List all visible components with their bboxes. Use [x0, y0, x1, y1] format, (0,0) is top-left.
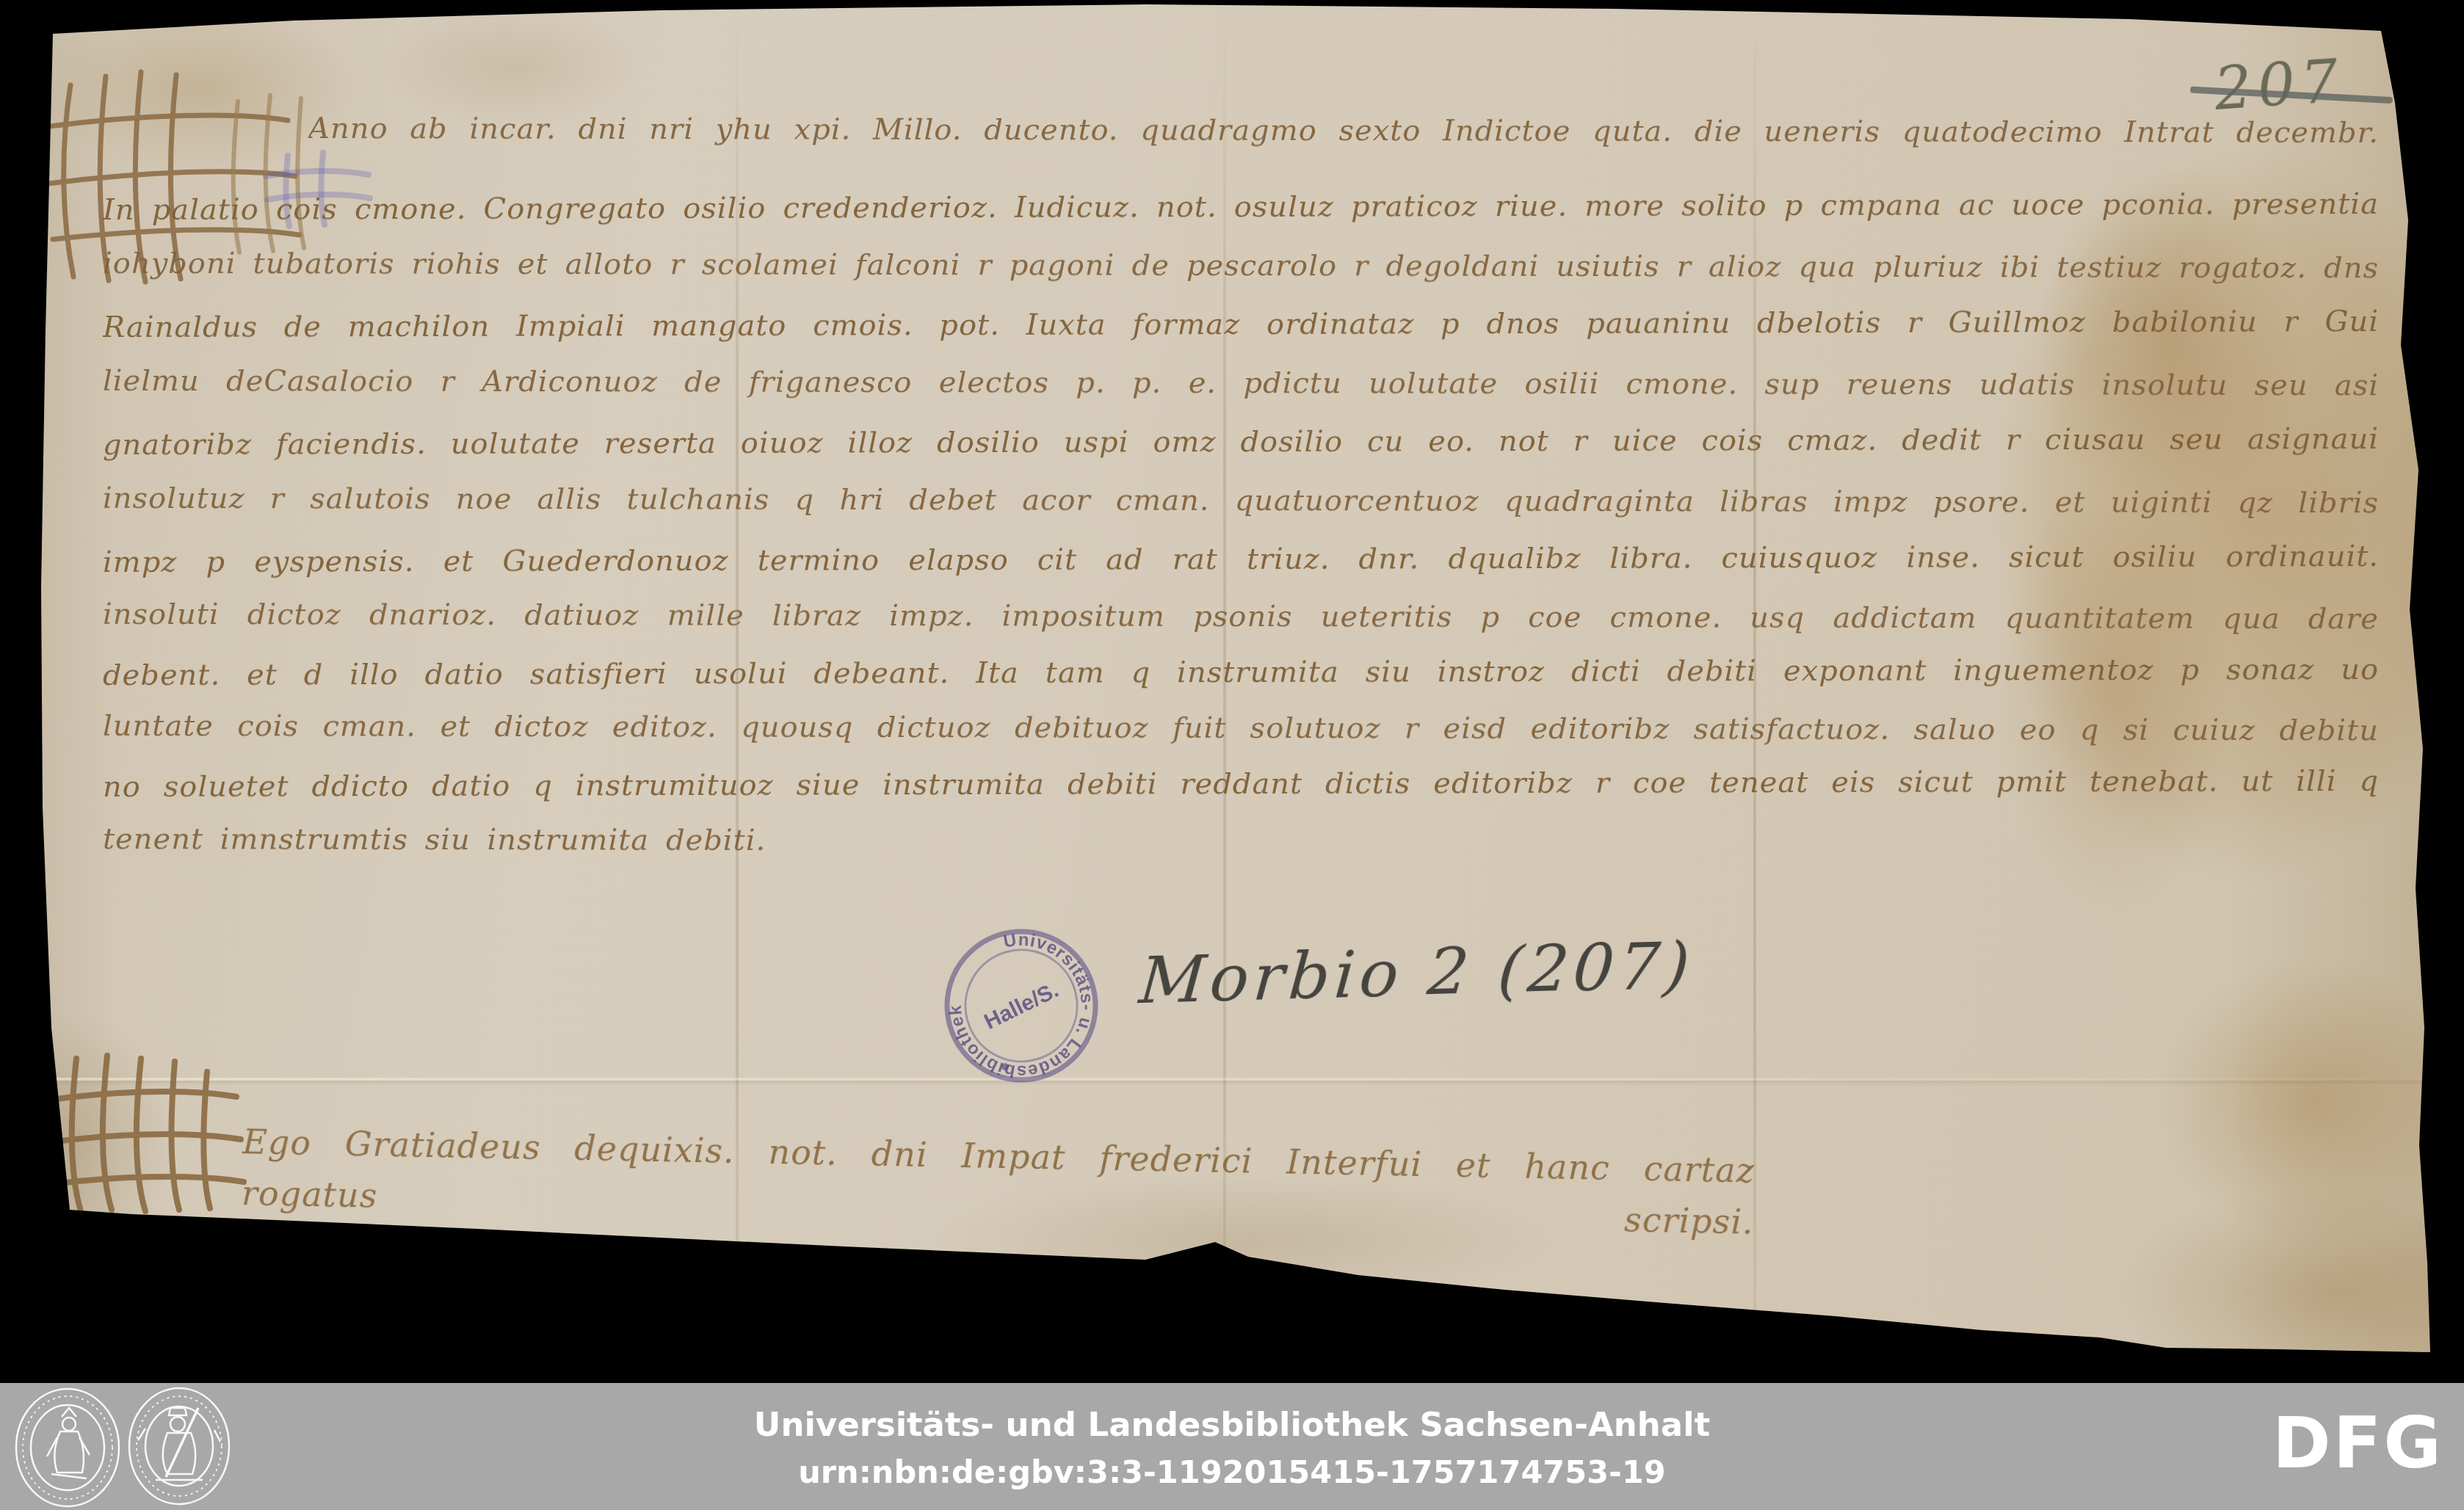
horizontal-fold-crease: [0, 1078, 2464, 1081]
footer-library-name: Universitäts- und Landesbibliothek Sachs…: [754, 1405, 1710, 1444]
library-stamp: Universitäts- u. Landesbibliothek Halle/…: [923, 907, 1119, 1103]
manuscript-line: debent. et d illo datio satisfieri usolu…: [103, 647, 2379, 705]
footer-urn: urn:nbn:de:gbv:3:3-1192015415-1757174753…: [798, 1454, 1666, 1491]
manuscript-line: gnatoribz faciendis. uolutate reserta oi…: [103, 417, 2379, 474]
footer-bar: Universitäts- und Landesbibliothek Sachs…: [0, 1383, 2464, 1510]
manuscript-line: tenent imnstrumtis siu instrumita debiti…: [103, 817, 766, 870]
notarial-sign-bottom: [31, 1042, 258, 1219]
manuscript-line: Rainaldus de machilon Impiali mangato cm…: [103, 300, 2379, 357]
pencil-shelfmark: Morbio 2 (207): [1137, 933, 1697, 1013]
seal-wittenberg-icon: [129, 1388, 229, 1504]
parchment-document: Anno ab incar. dni nri yhu xpi. Millo. d…: [0, 0, 2464, 1510]
manuscript-line: insolutuz r salutois noe allis tulchanis…: [103, 476, 2379, 532]
seal-halle-icon: [16, 1389, 119, 1506]
dfg-logo: DFG: [2272, 1408, 2443, 1478]
manuscript-line: luntate cois cman. et dictoz editoz. quo…: [103, 704, 2379, 760]
manuscript-line: Anno ab incar. dni nri yhu xpi. Millo. d…: [308, 106, 2379, 162]
manuscript-line: lielmu deCasalocio r Ardiconuoz de friga…: [103, 359, 2379, 415]
crossed-out-number: 207: [2212, 51, 2346, 119]
manuscript-line: impz p eyspensis. et Guederdonuoz termin…: [103, 534, 2379, 592]
notary-signature-line: Ego Gratiadeus dequixis. not. dni Impat …: [242, 1116, 1755, 1211]
manuscript-line: insoluti dictoz dnarioz. datiuoz mille l…: [103, 592, 2379, 648]
crossed-out-number-digits: 207: [2212, 51, 2346, 119]
manuscript-line: no soluetet ddicto datio q instrumituoz …: [103, 759, 2379, 816]
university-seals: [9, 1386, 244, 1509]
stamp-center-text: Halle/S.: [980, 978, 1062, 1034]
scan-viewport: Anno ab incar. dni nri yhu xpi. Millo. d…: [0, 0, 2464, 1510]
manuscript-line: iohyboni tubatoris riohis et alloto r sc…: [103, 242, 2379, 297]
manuscript-line: In palatio cois cmone. Congregato osilio…: [103, 182, 2379, 239]
